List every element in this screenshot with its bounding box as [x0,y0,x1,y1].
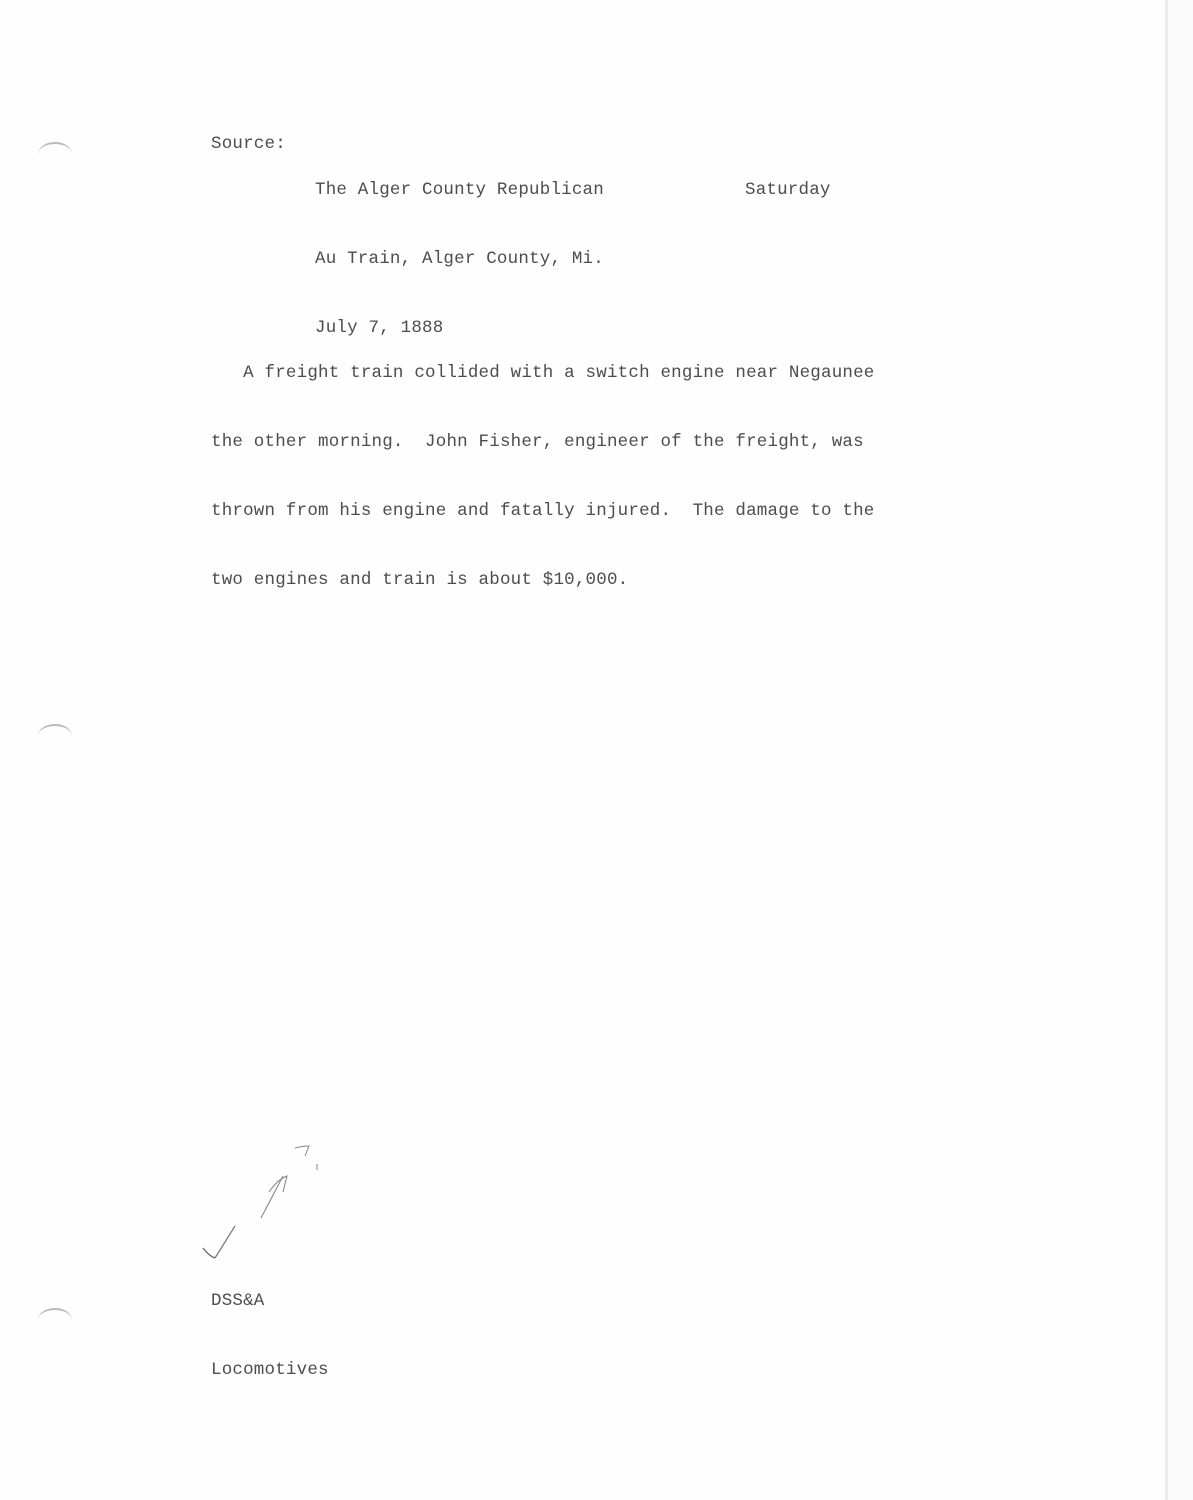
article-line: the other morning. John Fisher, engineer… [211,431,875,454]
source-weekday: Saturday [745,179,831,202]
punch-hole-mark-middle [38,724,72,748]
footer-tags: DSS&A Locomotives [211,1244,329,1428]
source-label: Source: [211,133,286,156]
article-line: two engines and train is about $10,000. [211,569,875,592]
footer-tag-category: Locomotives [211,1359,329,1382]
article-line: thrown from his engine and fatally injur… [211,500,875,523]
article-line: A freight train collided with a switch e… [211,362,875,385]
document-page: Source: The Alger County Republican Au T… [0,0,1193,1500]
page-edge [1165,0,1168,1500]
article-body: A freight train collided with a switch e… [211,316,875,638]
punch-hole-mark-bottom [38,1308,72,1332]
source-publication: The Alger County Republican [315,179,604,202]
punch-hole-mark-top [38,142,72,166]
source-location: Au Train, Alger County, Mi. [315,248,604,271]
footer-tag-railroad: DSS&A [211,1290,329,1313]
page-edge-shadow [1168,0,1193,1500]
